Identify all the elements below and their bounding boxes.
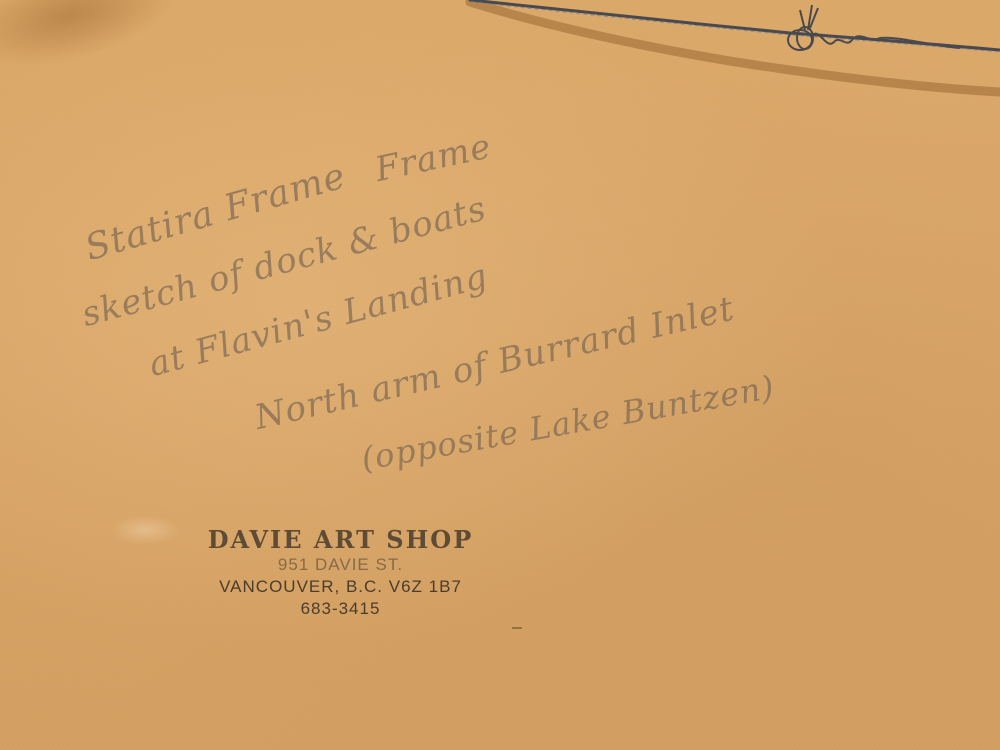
inscription-line-frame-label: Frame — [372, 126, 495, 190]
stamp-shop-name: DAVIE ART SHOP — [168, 526, 513, 554]
frame-backing-paper: Frame Statira Frame sketch of dock & boa… — [0, 0, 1000, 750]
stamp-city: VANCOUVER, B.C. V6Z 1B7 — [168, 576, 513, 598]
corner-shadow — [0, 0, 188, 85]
pencil-mark — [512, 627, 522, 629]
stamp-phone: 683-3415 — [168, 598, 513, 620]
stamp-street: 951 DAVIE ST. — [168, 554, 513, 576]
wire-knot — [788, 5, 960, 50]
art-shop-stamp: DAVIE ART SHOP 951 DAVIE ST. VANCOUVER, … — [168, 526, 513, 620]
